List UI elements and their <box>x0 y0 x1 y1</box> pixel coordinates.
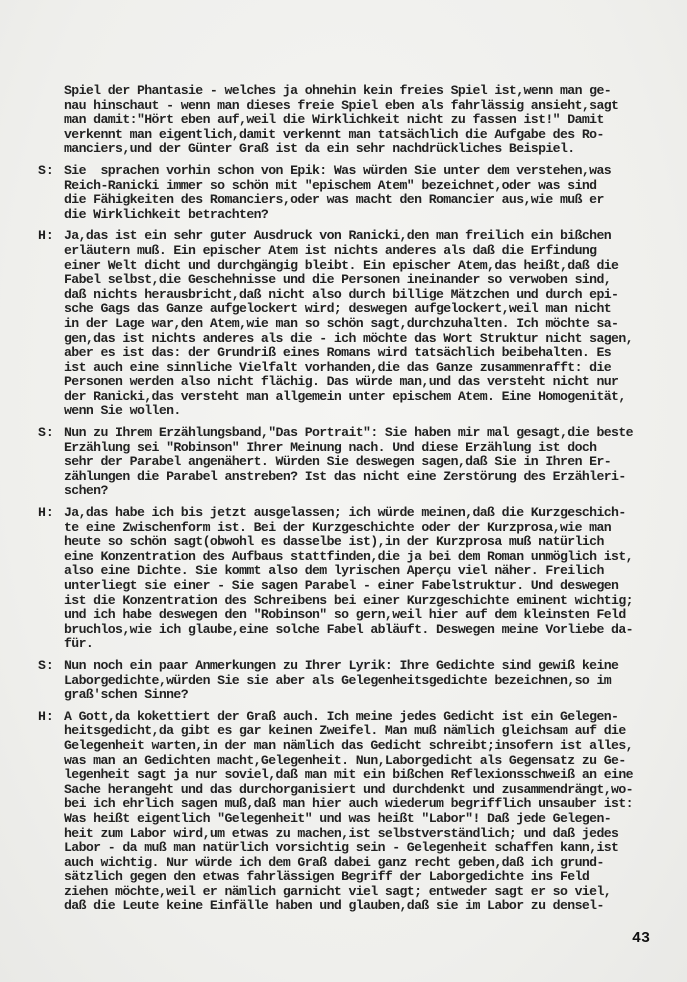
text-line: Erzählung sei "Robinson" Ihrer Meinung n… <box>64 441 668 456</box>
text-line: erläutern muß. Ein epischer Atem ist nic… <box>64 244 668 259</box>
text-line: was man an Gedichten macht,Gelegenheit. … <box>64 754 668 769</box>
text-line: legenheit sagt ja nur soviel,daß man mit… <box>64 768 668 783</box>
text-line: Fabel selbst,die Geschehnisse und die Pe… <box>64 273 668 288</box>
text-line: die Wirklichkeit betrachten? <box>64 208 668 223</box>
text-line: gen,das ist nichts anderes als die - ich… <box>64 332 668 347</box>
text-line: Ja,das ist ein sehr guter Ausdruck von R… <box>64 229 668 244</box>
text-line: verkennt man eigentlich,damit verkennt m… <box>64 128 668 143</box>
text-line: daß die Leute keine Einfälle haben und g… <box>64 899 668 914</box>
dialogue-paragraph: H:Ja,das ist ein sehr guter Ausdruck von… <box>38 229 668 419</box>
text-line: einer Welt dicht und durchgängig bleibt.… <box>64 259 668 274</box>
text-line: der Ranicki,das versteht man allgemein u… <box>64 390 668 405</box>
text-line: in der Lage war,den Atem,wie man so schö… <box>64 317 668 332</box>
continuation-paragraph: Spiel der Phantasie - welches ja ohnehin… <box>38 84 668 157</box>
text-line: für. <box>64 637 668 652</box>
text-line: Was heißt eigentlich "Gelegenheit" und w… <box>64 812 668 827</box>
text-line: zählungen die Parabel anstreben? Ist das… <box>64 470 668 485</box>
text-line: ziehen möchte,weil er nämlich garnicht v… <box>64 885 668 900</box>
text-line: ist auch eine sinnliche Vielfalt vorhand… <box>64 361 668 376</box>
text-line: A Gott,da kokettiert der Graß auch. Ich … <box>64 710 668 725</box>
text-line: auch wichtig. Nur würde ich dem Graß dab… <box>64 856 668 871</box>
text-line: Sie sprachen vorhin schon von Epik: Was … <box>64 164 668 179</box>
text-line: Gelegenheit warten,in der man nämlich da… <box>64 739 668 754</box>
text-line: Ja,das habe ich bis jetzt ausgelassen; i… <box>64 506 668 521</box>
typewritten-page: Spiel der Phantasie - welches ja ohnehin… <box>0 0 687 982</box>
page-number: 43 <box>632 930 650 947</box>
speaker-label: H: <box>38 229 54 244</box>
text-line: ist die Konzentration des Schreibens bei… <box>64 594 668 609</box>
text-line: heit zum Labor wird,um etwas zu machen,i… <box>64 827 668 842</box>
text-line: te eine Zwischenform ist. Bei der Kurzge… <box>64 521 668 536</box>
speaker-label: S: <box>38 164 54 179</box>
text-line: die Fähigkeiten des Romanciers,oder was … <box>64 193 668 208</box>
dialogue-paragraph: H:A Gott,da kokettiert der Graß auch. Ic… <box>38 710 668 914</box>
speaker-label: H: <box>38 506 54 521</box>
text-line: Spiel der Phantasie - welches ja ohnehin… <box>64 84 668 99</box>
text-line: Nun noch ein paar Anmerkungen zu Ihrer L… <box>64 659 668 674</box>
text-line: Nun zu Ihrem Erzählungsband,"Das Portrai… <box>64 426 668 441</box>
text-line: sche Gags das Ganze aufgelockert wird; d… <box>64 302 668 317</box>
text-line: eine Konzentration des Aufbaus stattfind… <box>64 550 668 565</box>
text-line: manciers,und der Günter Graß ist da ein … <box>64 142 668 157</box>
text-line: unterliegt sie einer - Sie sagen Parabel… <box>64 579 668 594</box>
text-line: graß'schen Sinne? <box>64 688 668 703</box>
text-line: Reich-Ranicki immer so schön mit "episch… <box>64 179 668 194</box>
dialogue-paragraph: S:Sie sprachen vorhin schon von Epik: Wa… <box>38 164 668 222</box>
text-line: bruchlos,wie ich glaube,eine solche Fabe… <box>64 623 668 638</box>
speaker-label: S: <box>38 659 54 674</box>
interview-text: Spiel der Phantasie - welches ja ohnehin… <box>38 84 668 921</box>
text-line: heute so schön sagt(obwohl es dasselbe i… <box>64 535 668 550</box>
text-line: wenn Sie wollen. <box>64 404 668 419</box>
text-line: Sache herangeht und das durchorganisiert… <box>64 783 668 798</box>
dialogue-paragraph: S:Nun noch ein paar Anmerkungen zu Ihrer… <box>38 659 668 703</box>
text-line: sehr der Parabel angenähert. Würden Sie … <box>64 455 668 470</box>
speaker-label: S: <box>38 426 54 441</box>
text-line: Personen werden also nicht flächig. Das … <box>64 375 668 390</box>
text-line: Labor - da muß man natürlich vorsichtig … <box>64 841 668 856</box>
dialogue-paragraph: H:Ja,das habe ich bis jetzt ausgelassen;… <box>38 506 668 652</box>
text-line: man damit:"Hört eben auf,weil die Wirkli… <box>64 113 668 128</box>
text-line: heitsgedicht,da gibt es gar keinen Zweif… <box>64 724 668 739</box>
text-line: Laborgedichte,würden Sie sie aber als Ge… <box>64 674 668 689</box>
text-line: sätzlich gegen den etwas fahrlässigen Be… <box>64 870 668 885</box>
text-line: aber es ist das: der Grundriß eines Roma… <box>64 346 668 361</box>
text-line: und ich habe deswegen den "Robinson" so … <box>64 608 668 623</box>
speaker-label: H: <box>38 710 54 725</box>
text-line: schen? <box>64 484 668 499</box>
dialogue-paragraph: S:Nun zu Ihrem Erzählungsband,"Das Portr… <box>38 426 668 499</box>
text-line: nau hinschaut - wenn man dieses freie Sp… <box>64 99 668 114</box>
text-line: also eine Dichte. Sie kommt also dem lyr… <box>64 564 668 579</box>
text-line: bei ich ehrlich sagen muß,daß man hier a… <box>64 797 668 812</box>
text-line: daß nichts herausbricht,daß nicht also d… <box>64 288 668 303</box>
